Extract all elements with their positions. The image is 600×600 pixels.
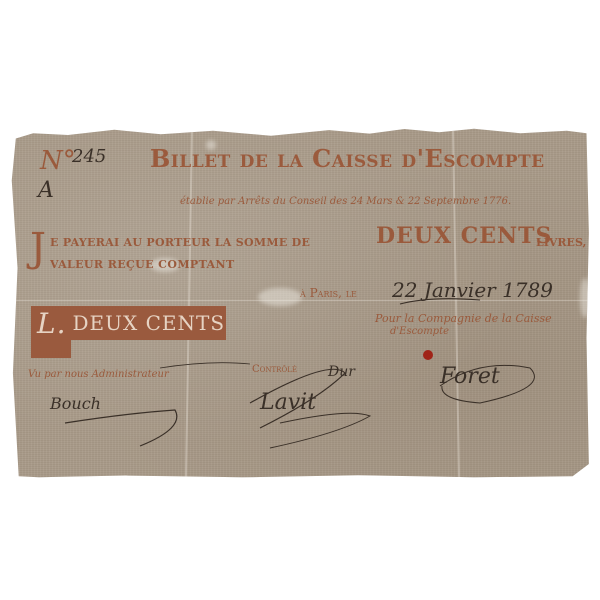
banknote: N° 245 A Billet de la Caisse d'Escompte … bbox=[10, 128, 590, 478]
signature-flourish bbox=[10, 128, 590, 478]
